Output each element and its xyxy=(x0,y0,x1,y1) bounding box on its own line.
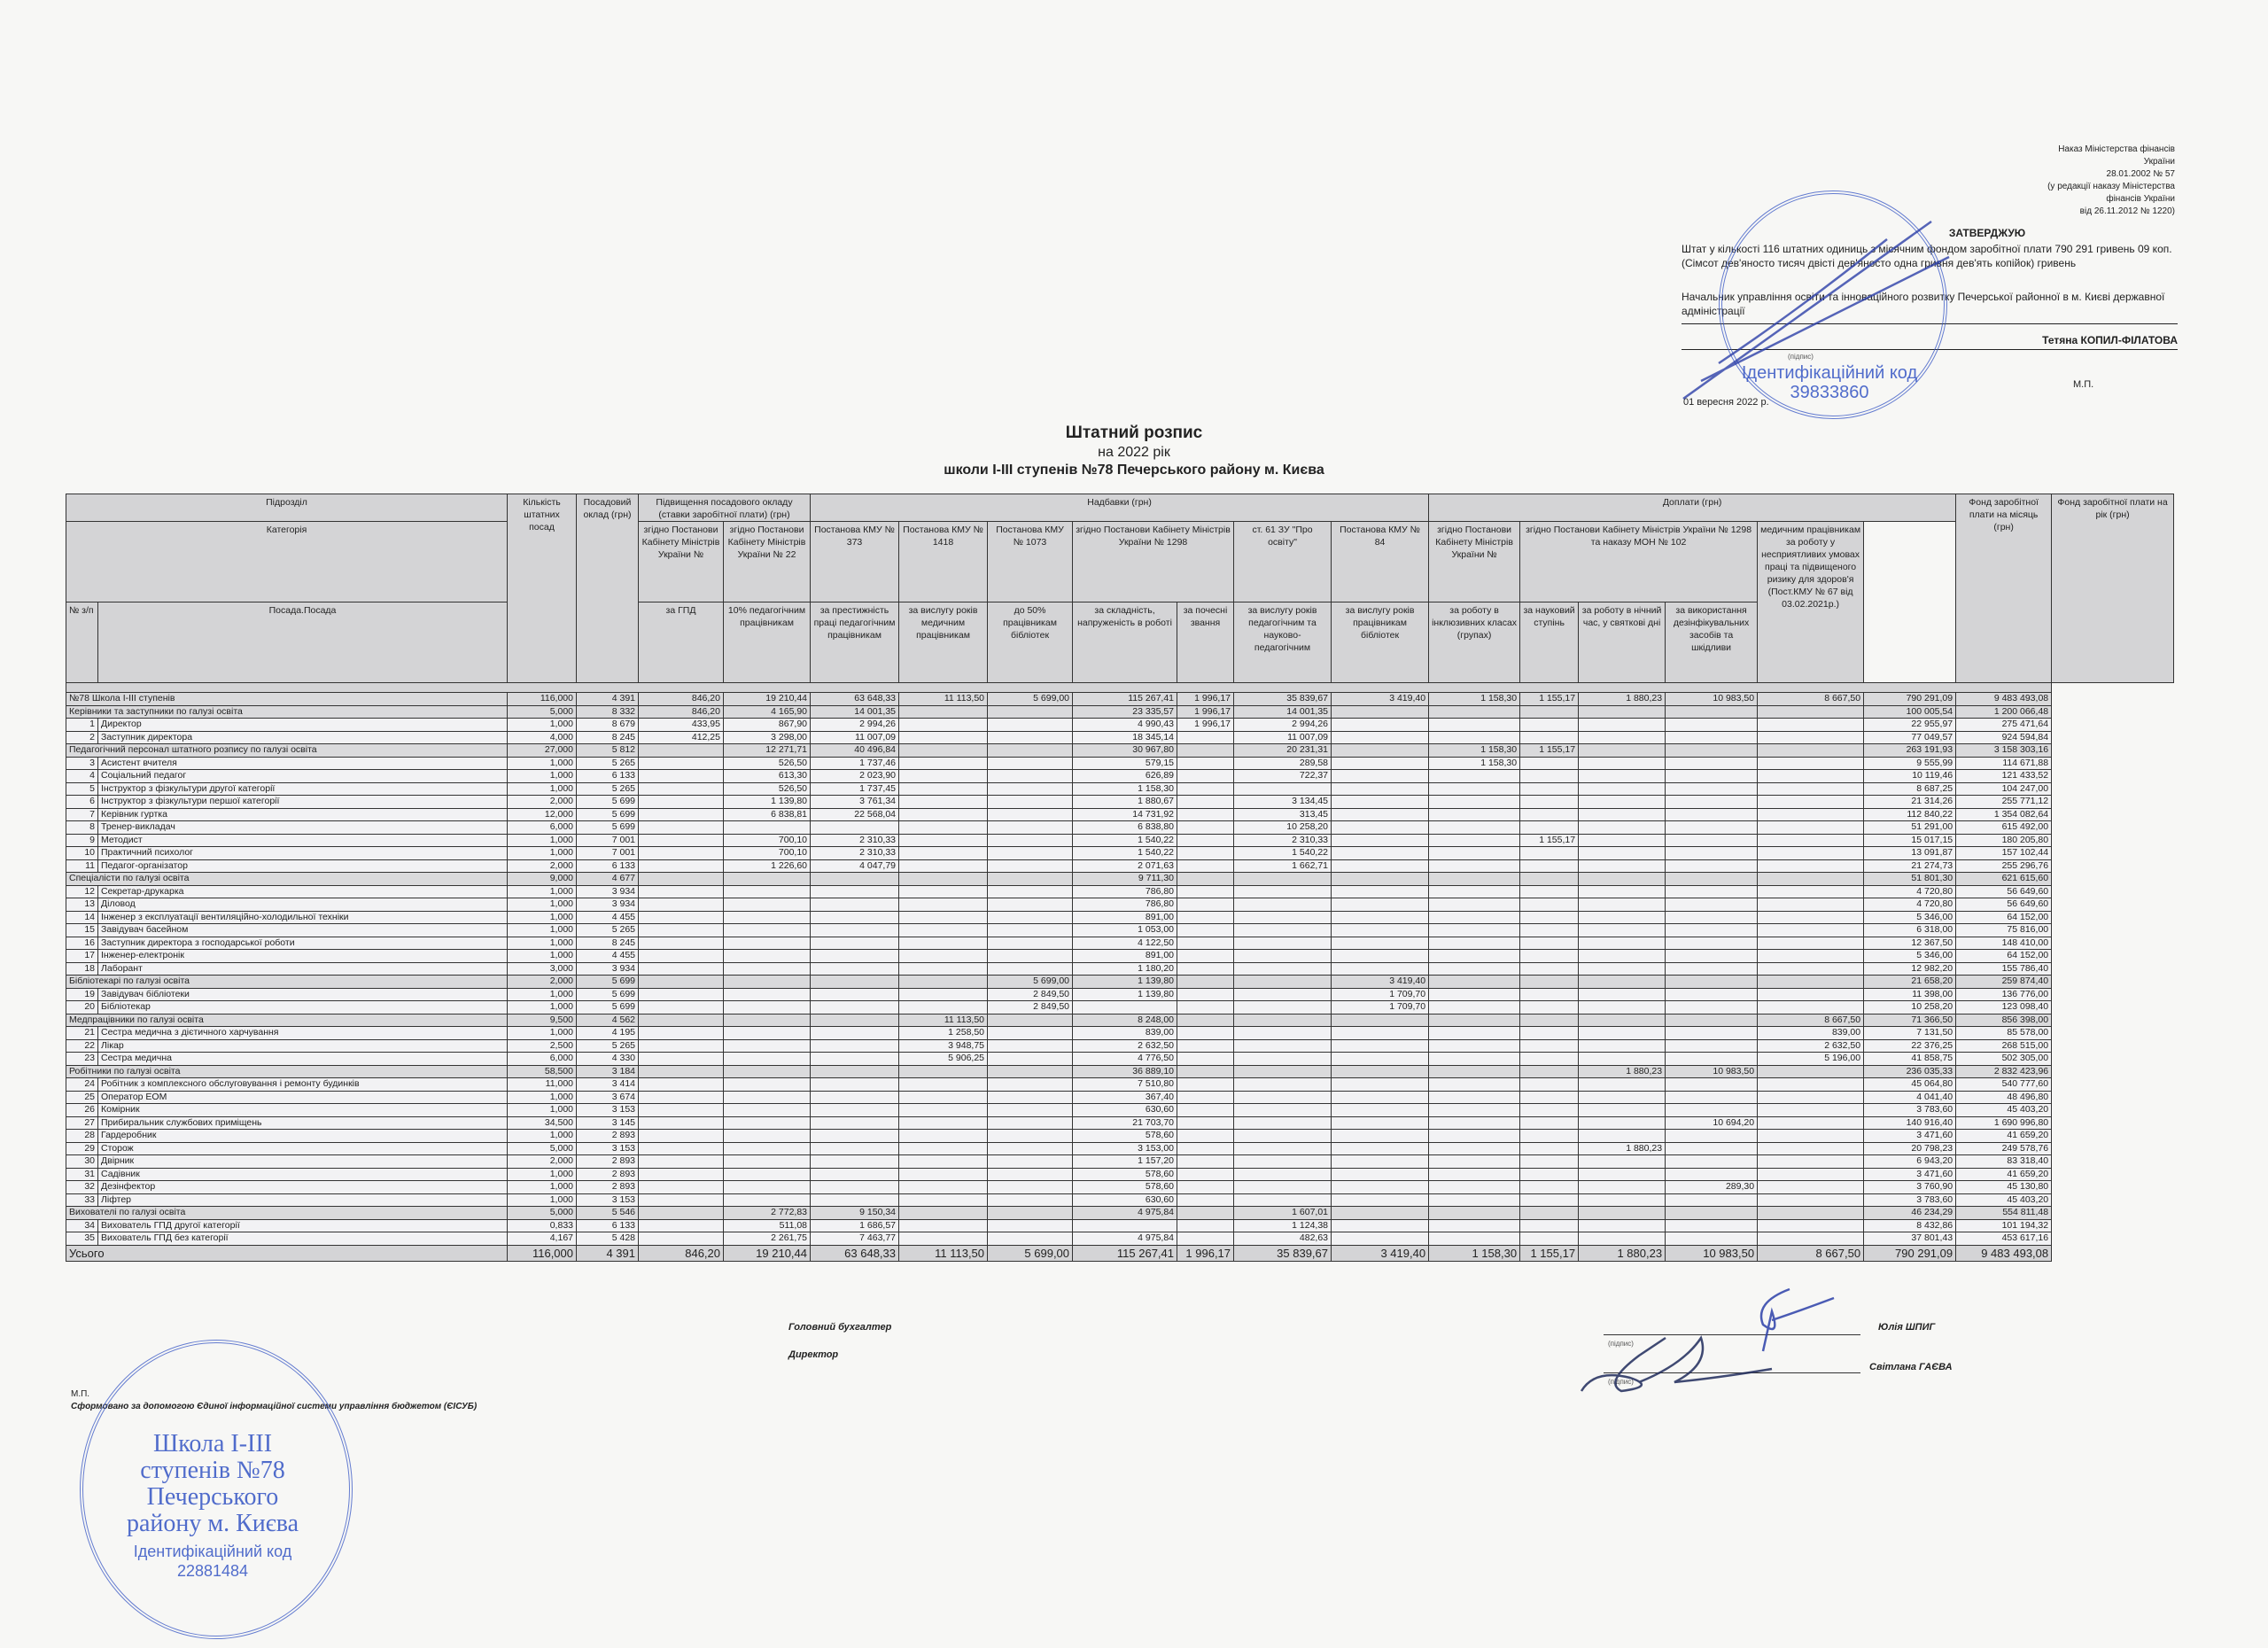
cell-value xyxy=(1579,950,1666,963)
cell-value xyxy=(1579,705,1666,719)
cell-value xyxy=(1758,1193,1864,1207)
cell-value xyxy=(1758,988,1864,1001)
cell-value: 8 667,50 xyxy=(1758,693,1864,706)
cell-value xyxy=(811,885,899,898)
cell-value xyxy=(1520,924,1579,937)
cell-value xyxy=(1332,1219,1429,1232)
cell-value xyxy=(1579,1027,1666,1040)
cell-value xyxy=(724,911,811,924)
cell-value xyxy=(724,1142,811,1155)
cell-value: 2,000 xyxy=(508,796,577,809)
cell-value xyxy=(1429,731,1520,744)
cell-value xyxy=(899,1001,988,1014)
cell-value xyxy=(1666,898,1758,912)
position-name: Бібліотекар xyxy=(98,1001,508,1014)
cell-value xyxy=(639,1027,724,1040)
cell-value: 1 200 066,48 xyxy=(1956,705,2052,719)
cell-value xyxy=(1666,757,1758,770)
cell-value xyxy=(899,821,988,835)
cell-value xyxy=(1177,976,1234,989)
cell-value: 3 783,60 xyxy=(1864,1193,1956,1207)
cell-value: 46 234,29 xyxy=(1864,1207,1956,1220)
cell-value xyxy=(1177,962,1234,976)
cell-value xyxy=(1666,1091,1758,1104)
cell-value: 1,000 xyxy=(508,1193,577,1207)
cell-value xyxy=(1332,1039,1429,1053)
cell-value: 5 699 xyxy=(577,796,639,809)
cell-value xyxy=(1177,1104,1234,1117)
cell-value xyxy=(811,950,899,963)
table-row: 26Комірник1,0003 153630,603 783,6045 403… xyxy=(66,1104,2174,1117)
cell-value: 289,30 xyxy=(1666,1181,1758,1194)
cell-value: 3 153 xyxy=(577,1142,639,1155)
cell-value: 22 376,25 xyxy=(1864,1039,1956,1053)
cell-value xyxy=(1177,1168,1234,1181)
cell-value xyxy=(811,1078,899,1092)
cell-value: 2 023,90 xyxy=(811,770,899,783)
cell-value xyxy=(1177,731,1234,744)
cell-value xyxy=(811,1053,899,1066)
cell-value xyxy=(639,808,724,821)
cell-value xyxy=(639,782,724,796)
cell-value: 112 840,22 xyxy=(1864,808,1956,821)
header-b1418-sub: за вислугу років медичним працівникам xyxy=(899,602,988,683)
cell-value: 3 153 xyxy=(577,1193,639,1207)
cell-value xyxy=(1579,1104,1666,1117)
cell-value xyxy=(899,962,988,976)
cell-value xyxy=(1177,1027,1234,1040)
cell-value: 3 419,40 xyxy=(1332,976,1429,989)
cell-value xyxy=(724,873,811,886)
cell-value: 11 113,50 xyxy=(899,1245,988,1261)
cell-value xyxy=(1177,924,1234,937)
header-inc1-sub: за ГПД xyxy=(639,602,724,683)
cell-value xyxy=(1520,1155,1579,1169)
cell-value: 1 996,17 xyxy=(1177,719,1234,732)
cell-value xyxy=(1579,988,1666,1001)
cell-value: 8 245 xyxy=(577,731,639,744)
cell-value xyxy=(639,1014,724,1027)
cell-value xyxy=(639,976,724,989)
cell-value xyxy=(1429,937,1520,950)
cell-value xyxy=(1177,757,1234,770)
header-dinc: згідно Постанови Кабінету Міністрів Укра… xyxy=(1429,522,1520,602)
cell-value xyxy=(988,1065,1073,1078)
cell-value xyxy=(1666,782,1758,796)
cell-value xyxy=(811,937,899,950)
cell-value: 1 880,23 xyxy=(1579,1065,1666,1078)
cell-value: 839,00 xyxy=(1758,1027,1864,1040)
cell-value xyxy=(1234,1142,1332,1155)
cell-value: 8 679 xyxy=(577,719,639,732)
cell-value xyxy=(1579,731,1666,744)
cell-value xyxy=(1666,1168,1758,1181)
cell-value: 18 345,14 xyxy=(1073,731,1177,744)
cell-value xyxy=(1520,1065,1579,1078)
cell-value xyxy=(1429,1232,1520,1246)
cell-value: 64 152,00 xyxy=(1956,950,2052,963)
row-number: 1 xyxy=(66,719,98,732)
cell-value: 10 983,50 xyxy=(1666,1245,1758,1261)
cell-value xyxy=(1177,1219,1234,1232)
cell-value xyxy=(1177,1001,1234,1014)
cell-value: 502 305,00 xyxy=(1956,1053,2052,1066)
cell-value: 30 967,80 xyxy=(1073,744,1177,758)
cell-value xyxy=(899,1065,988,1078)
cell-value: 51 801,30 xyxy=(1864,873,1956,886)
header-d1298-a: за науковий ступінь xyxy=(1520,602,1579,683)
cell-value xyxy=(1758,1130,1864,1143)
cell-value: 11 007,09 xyxy=(1234,731,1332,744)
table-row: 5Інструктор з фізкультури другої категор… xyxy=(66,782,2174,796)
cell-value: 8 332 xyxy=(577,705,639,719)
cell-value xyxy=(639,847,724,860)
cell-value xyxy=(1332,885,1429,898)
position-name: Керівник гуртка xyxy=(98,808,508,821)
cell-value xyxy=(724,1053,811,1066)
cell-value xyxy=(1429,911,1520,924)
cell-value xyxy=(1332,1104,1429,1117)
cell-value: 37 801,43 xyxy=(1864,1232,1956,1246)
cell-value xyxy=(988,757,1073,770)
table-row: 30Двірник2,0002 8931 157,206 943,2083 31… xyxy=(66,1155,2174,1169)
cell-value xyxy=(1579,1039,1666,1053)
cell-value xyxy=(1758,1001,1864,1014)
position-name: Сестра медична з дієтичного харчування xyxy=(98,1027,508,1040)
cell-value xyxy=(1666,1193,1758,1207)
cell-value xyxy=(639,859,724,873)
cell-value: 1 158,30 xyxy=(1429,744,1520,758)
cell-value xyxy=(1666,950,1758,963)
header-d1298-b: за роботу в нічний час, у святкові дні xyxy=(1579,602,1666,683)
cell-value: 578,60 xyxy=(1073,1181,1177,1194)
cell-value xyxy=(1579,911,1666,924)
cell-value xyxy=(811,1104,899,1117)
cell-value xyxy=(1666,1078,1758,1092)
table-row: 3Асистент вчителя1,0005 265526,501 737,4… xyxy=(66,757,2174,770)
cell-value: 19 210,44 xyxy=(724,693,811,706)
group-row: Бібліотекарі по галузі освіта2,0005 6995… xyxy=(66,976,2174,989)
cell-value xyxy=(1234,1168,1332,1181)
cell-value xyxy=(988,821,1073,835)
cell-value xyxy=(1520,1193,1579,1207)
cell-value: 5 265 xyxy=(577,782,639,796)
cell-value: 10 258,20 xyxy=(1234,821,1332,835)
cell-value: 1 737,45 xyxy=(811,782,899,796)
cell-value xyxy=(988,1181,1073,1194)
cell-value xyxy=(724,937,811,950)
cell-value: 5 428 xyxy=(577,1232,639,1246)
header-dinc-sub: за роботу в інклюзивних класах (групах) xyxy=(1429,602,1520,683)
order-ref-line: фінансів України xyxy=(1931,193,2175,206)
cell-value xyxy=(1234,1039,1332,1053)
cell-value: 4 990,43 xyxy=(1073,719,1177,732)
cell-value xyxy=(1234,1155,1332,1169)
cell-value: 4,000 xyxy=(508,731,577,744)
cell-value xyxy=(639,796,724,809)
cell-value xyxy=(988,1104,1073,1117)
cell-value xyxy=(1234,1193,1332,1207)
cell-value: 1,000 xyxy=(508,1027,577,1040)
cell-value xyxy=(1758,1168,1864,1181)
cell-value xyxy=(899,834,988,847)
cell-value xyxy=(1758,873,1864,886)
cell-value: 1 607,01 xyxy=(1234,1207,1332,1220)
cell-value xyxy=(1579,859,1666,873)
cell-value xyxy=(639,744,724,758)
cell-value: 2 849,50 xyxy=(988,988,1073,1001)
cell-value: 367,40 xyxy=(1073,1091,1177,1104)
cell-value: 21 274,73 xyxy=(1864,859,1956,873)
position-name: Заступник директора з господарської робо… xyxy=(98,937,508,950)
cell-value xyxy=(1520,937,1579,950)
cell-value: 19 210,44 xyxy=(724,1245,811,1261)
header-b373: Постанова КМУ № 373 xyxy=(811,522,899,602)
order-ref-line: (у редакції наказу Міністерства xyxy=(1931,181,2175,193)
cell-value xyxy=(1429,1001,1520,1014)
cell-value xyxy=(1429,808,1520,821)
cell-value: 1,000 xyxy=(508,834,577,847)
cell-value: 3 948,75 xyxy=(899,1039,988,1053)
cell-value: 115 267,41 xyxy=(1073,693,1177,706)
row-number: 11 xyxy=(66,859,98,873)
cell-value: 7 510,80 xyxy=(1073,1078,1177,1092)
cell-value: 11 007,09 xyxy=(811,731,899,744)
cell-value xyxy=(899,808,988,821)
cell-value xyxy=(811,924,899,937)
header-inc2: згідно Постанови Кабінету Міністрів Укра… xyxy=(724,522,811,602)
cell-value xyxy=(1520,1104,1579,1117)
cell-value xyxy=(988,1027,1073,1040)
cell-value xyxy=(1234,898,1332,912)
cell-value xyxy=(1758,821,1864,835)
row-number: 9 xyxy=(66,834,98,847)
table-row: 29Сторож5,0003 1533 153,001 880,2320 798… xyxy=(66,1142,2174,1155)
cell-value xyxy=(899,1142,988,1155)
cell-value xyxy=(899,859,988,873)
table-row: 7Керівник гуртка12,0005 6996 838,8122 56… xyxy=(66,808,2174,821)
cell-value xyxy=(988,1193,1073,1207)
row-number: 25 xyxy=(66,1091,98,1104)
cell-value xyxy=(899,1104,988,1117)
cell-value xyxy=(1177,1014,1234,1027)
cell-value xyxy=(1429,770,1520,783)
cell-value: 8 667,50 xyxy=(1758,1014,1864,1027)
position-name: Практичний психолог xyxy=(98,847,508,860)
cell-value xyxy=(1520,719,1579,732)
cell-value xyxy=(639,1091,724,1104)
header-category: Категорія xyxy=(66,522,508,602)
cell-value xyxy=(724,898,811,912)
document-subtitle: на 2022 рік xyxy=(0,445,2268,461)
cell-value xyxy=(899,1078,988,1092)
cell-value xyxy=(1429,1091,1520,1104)
cell-value xyxy=(639,1193,724,1207)
cell-value xyxy=(1332,898,1429,912)
cell-value: 10 694,20 xyxy=(1666,1116,1758,1130)
stamp-bottom-code: Ідентифікаційний код 22881484 xyxy=(106,1542,319,1581)
cell-value xyxy=(1758,976,1864,989)
cell-value xyxy=(1579,1053,1666,1066)
cell-value xyxy=(639,1116,724,1130)
cell-value xyxy=(1666,1207,1758,1220)
position-name: Завідувач бібліотеки xyxy=(98,988,508,1001)
cell-value xyxy=(1666,821,1758,835)
cell-value xyxy=(1332,757,1429,770)
cell-value xyxy=(724,924,811,937)
cell-value: 9 711,30 xyxy=(1073,873,1177,886)
cell-value: 1 258,50 xyxy=(899,1027,988,1040)
cell-value: 15 017,15 xyxy=(1864,834,1956,847)
cell-value xyxy=(1666,873,1758,886)
cell-value xyxy=(1666,847,1758,860)
cell-value xyxy=(1520,847,1579,860)
cell-value xyxy=(1429,1027,1520,1040)
cell-value xyxy=(1520,1053,1579,1066)
position-name: Вихователь ГПД без категорії xyxy=(98,1232,508,1246)
cell-value: 11 113,50 xyxy=(899,1014,988,1027)
cell-value xyxy=(988,1053,1073,1066)
cell-value: 1,000 xyxy=(508,950,577,963)
row-number: 33 xyxy=(66,1193,98,1207)
cell-value xyxy=(1234,1104,1332,1117)
cell-value: 1 158,30 xyxy=(1429,757,1520,770)
cell-value: 3 783,60 xyxy=(1864,1104,1956,1117)
cell-value xyxy=(1234,988,1332,1001)
table-row: 34Вихователь ГПД другої категорії0,8336 … xyxy=(66,1219,2174,1232)
cell-value xyxy=(1429,976,1520,989)
cell-value: 5 699,00 xyxy=(988,1245,1073,1261)
cell-value: 4 677 xyxy=(577,873,639,886)
cell-value: 700,10 xyxy=(724,834,811,847)
cell-value xyxy=(1758,1116,1864,1130)
position-name: Заступник директора xyxy=(98,731,508,744)
cell-value xyxy=(1520,873,1579,886)
cell-value: 116,000 xyxy=(508,1245,577,1261)
cell-value xyxy=(899,898,988,912)
cell-value xyxy=(1520,911,1579,924)
position-name: Сестра медична xyxy=(98,1053,508,1066)
cell-value xyxy=(639,937,724,950)
position-name: Оператор ЕОМ xyxy=(98,1091,508,1104)
cell-value: 2,500 xyxy=(508,1039,577,1053)
cell-value: 51 291,00 xyxy=(1864,821,1956,835)
cell-value: 45 064,80 xyxy=(1864,1078,1956,1092)
cell-value xyxy=(899,731,988,744)
cell-value xyxy=(1332,1065,1429,1078)
cell-value: 45 403,20 xyxy=(1956,1193,2052,1207)
table-row: 6Інструктор з фізкультури першої категор… xyxy=(66,796,2174,809)
cell-value xyxy=(1177,834,1234,847)
cell-value: 700,10 xyxy=(724,847,811,860)
cell-value: 114 671,88 xyxy=(1956,757,2052,770)
position-name: Директор xyxy=(98,719,508,732)
cell-value xyxy=(811,1168,899,1181)
cell-value: 121 433,52 xyxy=(1956,770,2052,783)
cell-value xyxy=(1579,796,1666,809)
row-number: 15 xyxy=(66,924,98,937)
cell-value xyxy=(988,705,1073,719)
cell-value xyxy=(1429,1193,1520,1207)
cell-value: 115 267,41 xyxy=(1073,1245,1177,1261)
cell-value xyxy=(1177,1193,1234,1207)
cell-value: 839,00 xyxy=(1073,1027,1177,1040)
cell-value xyxy=(1666,1053,1758,1066)
header-increase-group: Підвищення посадового окладу (ставки зар… xyxy=(639,494,811,522)
cell-value xyxy=(988,911,1073,924)
cell-value xyxy=(1520,757,1579,770)
row-number: 20 xyxy=(66,1001,98,1014)
cell-value xyxy=(1429,924,1520,937)
cell-value xyxy=(1429,796,1520,809)
cell-value: 4,167 xyxy=(508,1232,577,1246)
position-name: Методист xyxy=(98,834,508,847)
group-row: Спеціалісти по галузі освіта9,0004 6779 … xyxy=(66,873,2174,886)
position-name: Лаборант xyxy=(98,962,508,976)
cell-value xyxy=(639,1232,724,1246)
cell-value: 2,000 xyxy=(508,976,577,989)
cell-value: 157 102,44 xyxy=(1956,847,2052,860)
cell-value xyxy=(1332,705,1429,719)
cell-value xyxy=(1579,1130,1666,1143)
cell-value xyxy=(724,885,811,898)
cell-value: 613,30 xyxy=(724,770,811,783)
cell-value: 4 047,79 xyxy=(811,859,899,873)
cell-value xyxy=(1429,1039,1520,1053)
cell-value xyxy=(1332,859,1429,873)
cell-value xyxy=(899,1091,988,1104)
cell-value: 2 310,33 xyxy=(811,847,899,860)
cell-value: 9,500 xyxy=(508,1014,577,1027)
order-ref-line: від 26.11.2012 № 1220) xyxy=(1931,206,2175,218)
cell-value xyxy=(1520,1014,1579,1027)
cell-value: 5 546 xyxy=(577,1207,639,1220)
cell-value: 4 562 xyxy=(577,1014,639,1027)
total-row: Усього116,0004 391846,2019 210,4463 648,… xyxy=(66,1245,2174,1261)
cell-value xyxy=(1332,782,1429,796)
cell-value: 255 296,76 xyxy=(1956,859,2052,873)
cell-value: 6,000 xyxy=(508,1053,577,1066)
position-name: Асистент вчителя xyxy=(98,757,508,770)
cell-value xyxy=(1177,847,1234,860)
cell-value xyxy=(1666,859,1758,873)
cell-value: 5 699 xyxy=(577,988,639,1001)
cell-value xyxy=(1429,1053,1520,1066)
cell-value xyxy=(988,1219,1073,1232)
group-name: Робітники по галузі освіта xyxy=(66,1065,508,1078)
cell-value xyxy=(1666,924,1758,937)
cell-value: 6 133 xyxy=(577,1219,639,1232)
cell-value: 5 699,00 xyxy=(988,693,1073,706)
cell-value xyxy=(1666,796,1758,809)
cell-value xyxy=(1666,705,1758,719)
cell-value: 1 139,80 xyxy=(1073,988,1177,1001)
cell-value xyxy=(899,705,988,719)
cell-value: 526,50 xyxy=(724,782,811,796)
cell-value: 75 816,00 xyxy=(1956,924,2052,937)
cell-value: 7 001 xyxy=(577,834,639,847)
cell-value: 4 720,80 xyxy=(1864,898,1956,912)
cell-value: 790 291,09 xyxy=(1864,693,1956,706)
cell-value: 34,500 xyxy=(508,1116,577,1130)
group-name: Бібліотекарі по галузі освіта xyxy=(66,976,508,989)
cell-value xyxy=(724,1078,811,1092)
cell-value xyxy=(639,1065,724,1078)
cell-value xyxy=(1579,1155,1666,1169)
cell-value xyxy=(1579,1207,1666,1220)
group-row: Вихователі по галузі освіта5,0005 5462 7… xyxy=(66,1207,2174,1220)
cell-value xyxy=(1579,834,1666,847)
